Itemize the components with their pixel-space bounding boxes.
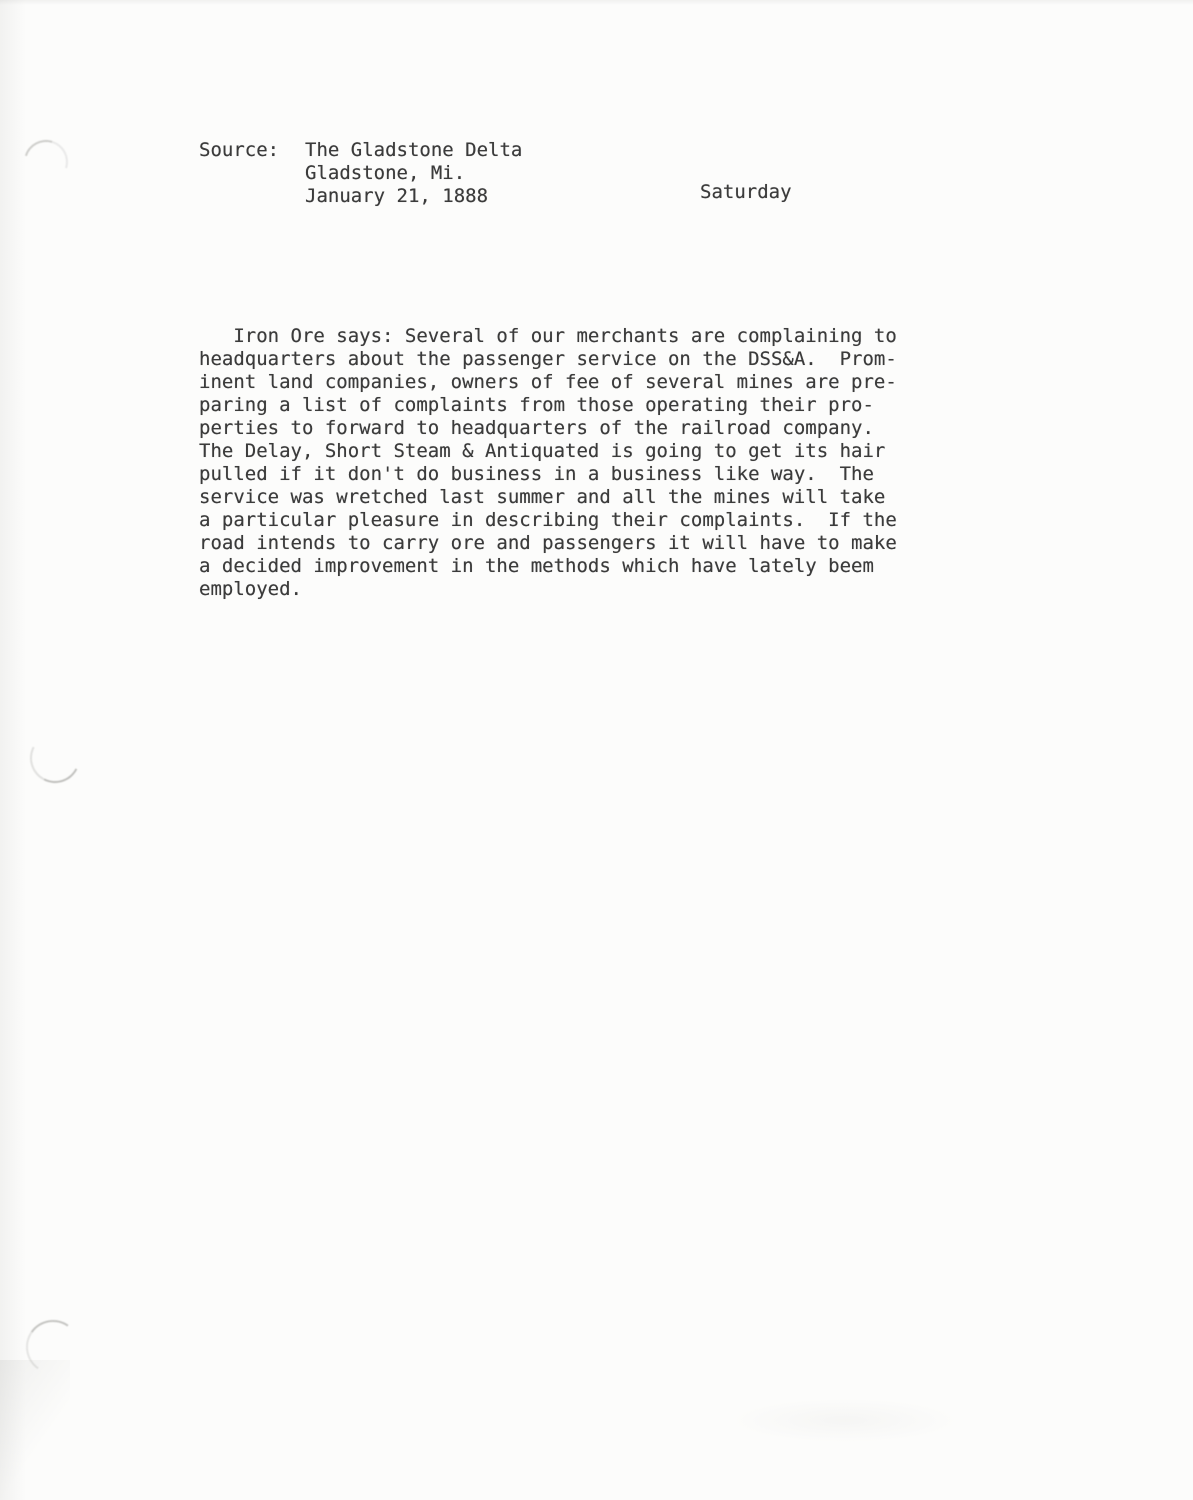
scan-corner-shadow: [0, 1360, 70, 1500]
article-body-text: Iron Ore says: Several of our merchants …: [199, 325, 897, 601]
weekday-label: Saturday: [700, 181, 792, 204]
hole-punch-mark-top: [16, 132, 76, 192]
source-citation-block: The Gladstone Delta Gladstone, Mi. Janua…: [305, 139, 522, 208]
scan-edge-left: [0, 0, 26, 1500]
paper-smudge: [730, 1398, 960, 1443]
scan-edge-top: [0, 0, 1193, 5]
hole-punch-mark-middle: [23, 726, 86, 789]
source-label: Source:: [199, 139, 279, 162]
hole-punch-mark-bottom: [22, 1316, 85, 1379]
document-page: Source: The Gladstone Delta Gladstone, M…: [0, 0, 1193, 1500]
